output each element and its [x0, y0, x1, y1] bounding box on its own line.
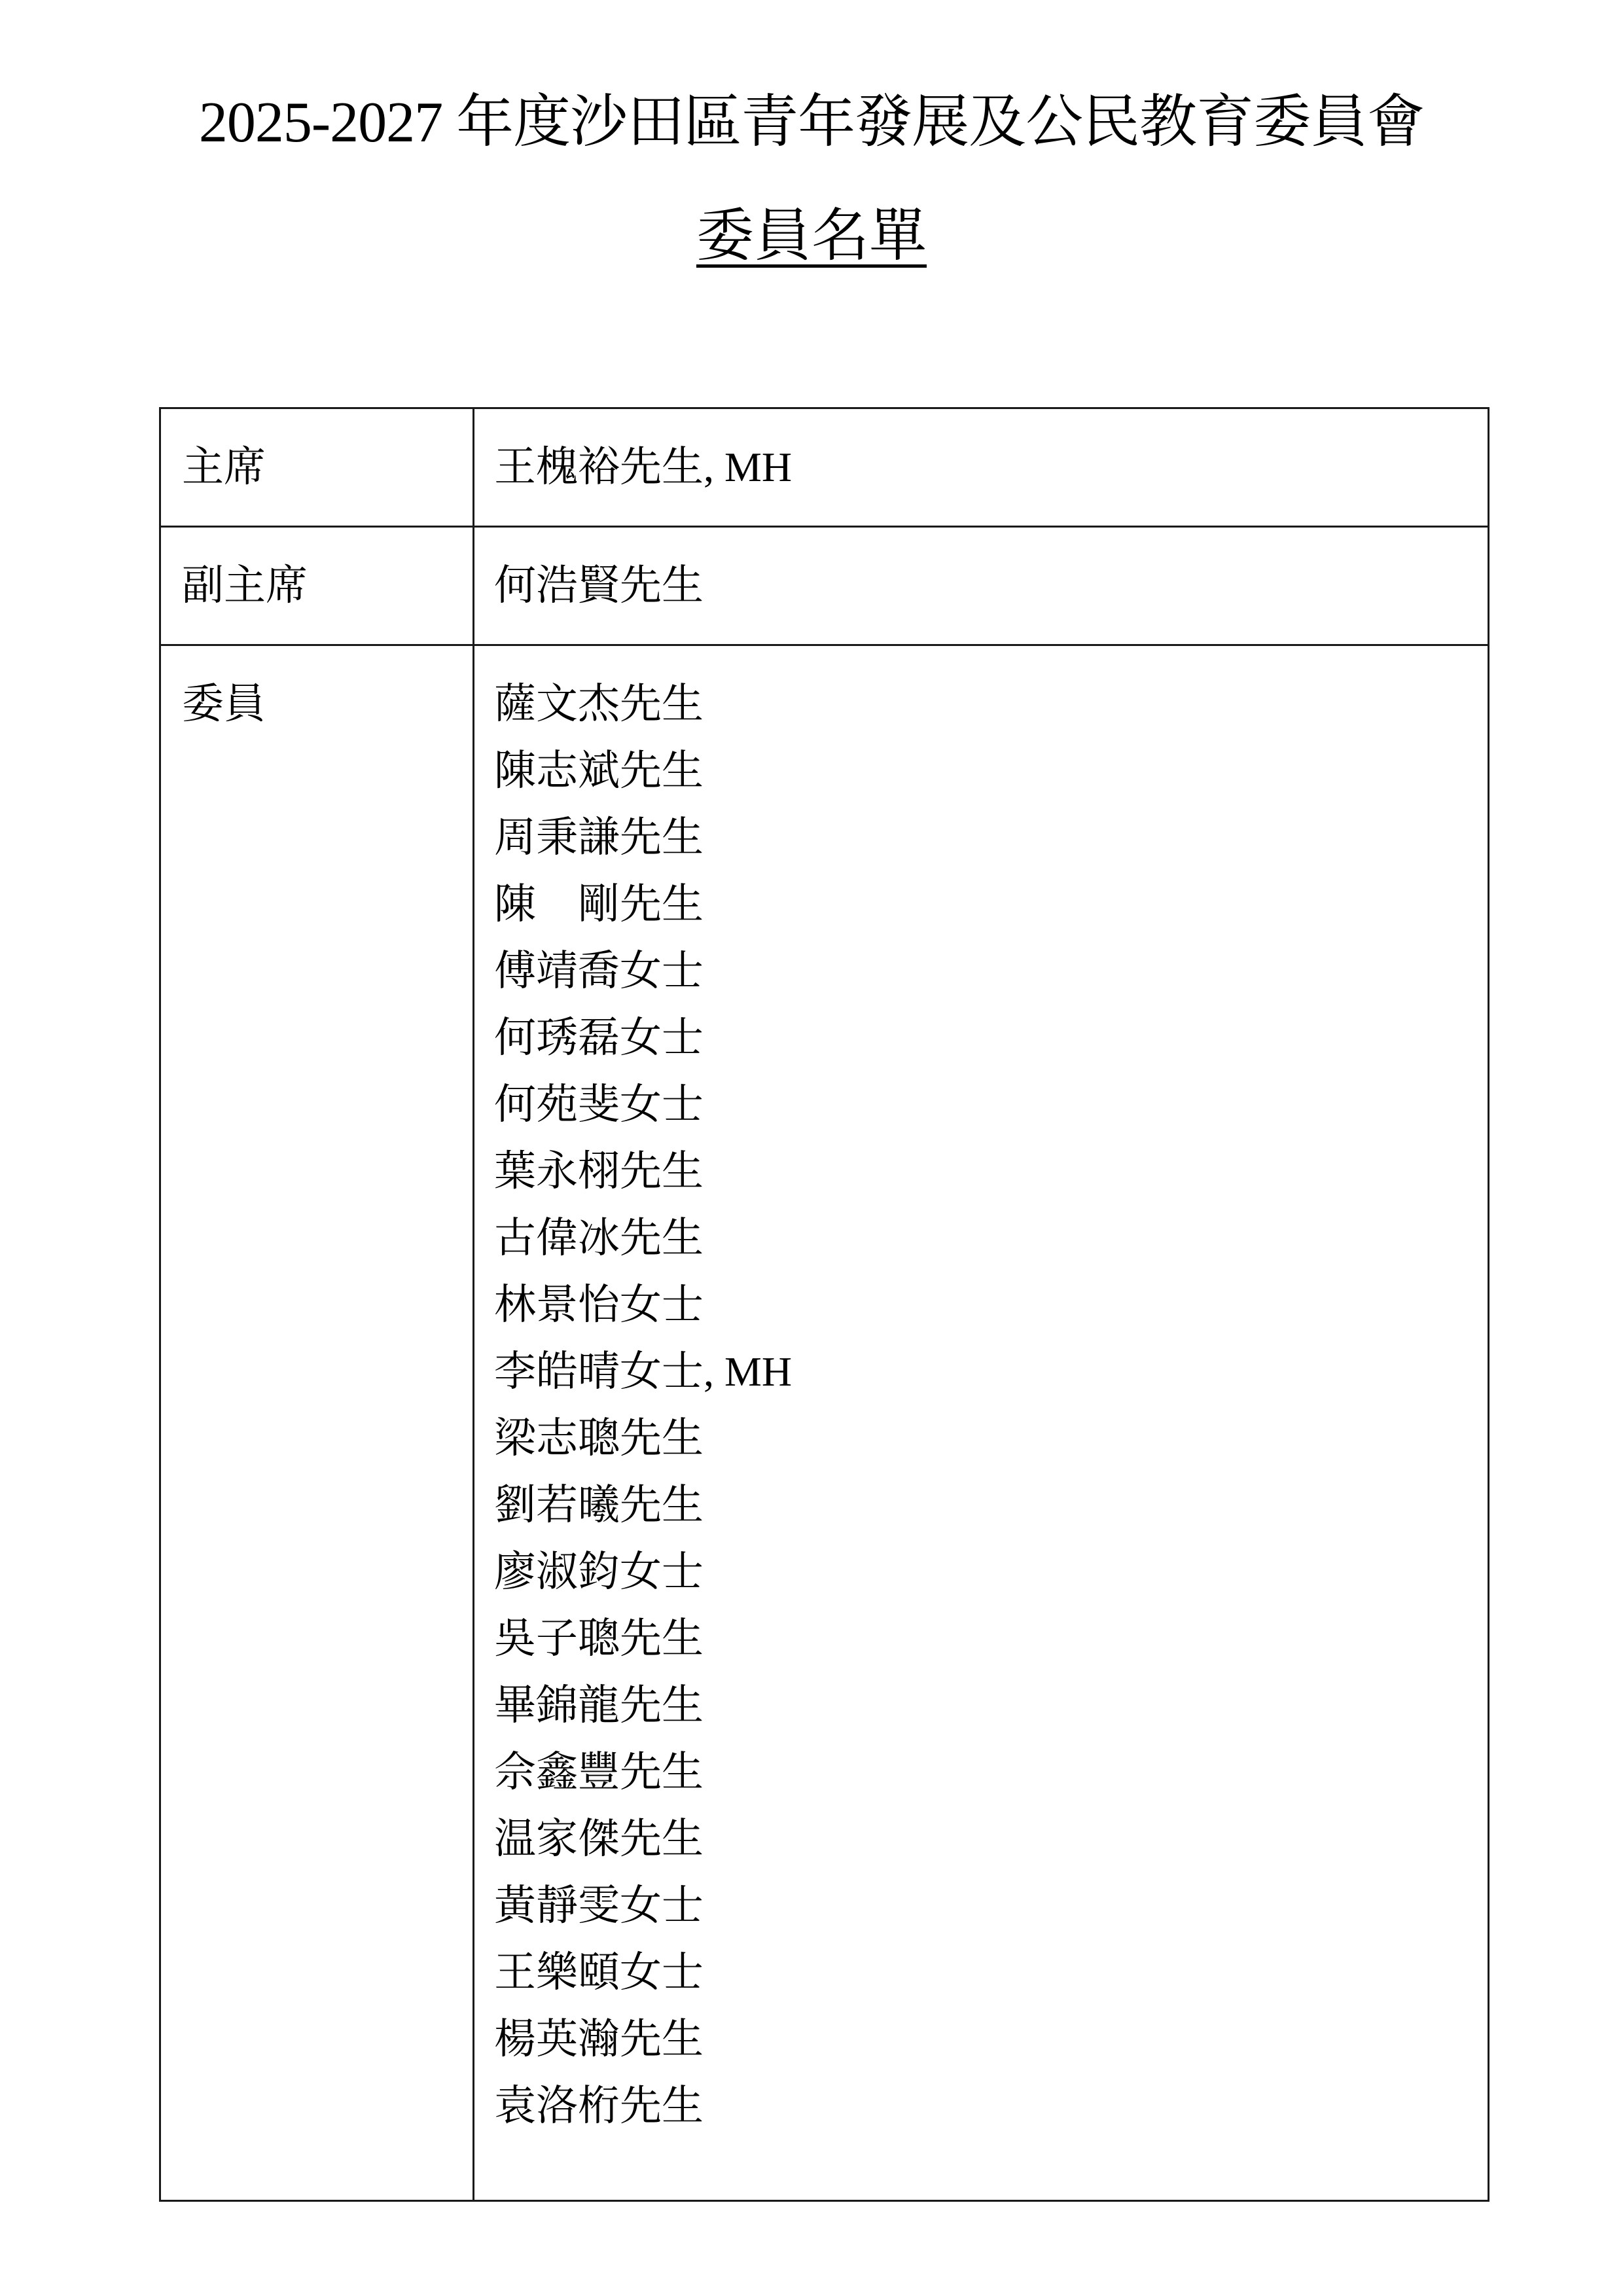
- member-name: 傅靖喬女士: [494, 938, 1488, 1005]
- member-roster-table: 主席 王槐裕先生, MH 副主席 何浩賢先生 委員 薩文杰先生 陳志斌先生 周: [159, 407, 1489, 2202]
- member-name: 薩文杰先生: [494, 671, 1488, 738]
- role-cell: 委員: [160, 645, 474, 2201]
- document-subtitle: 委員名單: [0, 198, 1623, 276]
- member-name: 梁志聰先生: [494, 1405, 1488, 1472]
- role-cell: 主席: [160, 408, 474, 527]
- member-name: 佘鑫豐先生: [494, 1739, 1488, 1806]
- name-cell: 王槐裕先生, MH: [474, 408, 1489, 527]
- member-name: 何浩賢先生: [474, 528, 1488, 619]
- member-name-list: 薩文杰先生 陳志斌先生 周秉謙先生 陳 剛先生 傅靖喬女士 何琇磊女士 何苑斐女…: [474, 646, 1488, 2200]
- role-label: 委員: [161, 646, 473, 798]
- member-name: 陳 剛先生: [494, 871, 1488, 938]
- member-name: 周秉謙先生: [494, 804, 1488, 871]
- member-name: 王槐裕先生, MH: [474, 409, 1488, 501]
- member-name: 林景怡女士: [494, 1272, 1488, 1338]
- table-row-members: 委員 薩文杰先生 陳志斌先生 周秉謙先生 陳 剛先生 傅靖喬女士 何琇磊女士 何…: [160, 645, 1489, 2201]
- member-name: 葉永栩先生: [494, 1138, 1488, 1205]
- member-name: 温家傑先生: [494, 1806, 1488, 1873]
- member-name: 吳子聰先生: [494, 1605, 1488, 1672]
- member-name: 畢錦龍先生: [494, 1672, 1488, 1739]
- member-name: 黃靜雯女士: [494, 1873, 1488, 1939]
- subtitle-text: 委員名單: [696, 205, 927, 268]
- member-name: 袁洛桁先生: [494, 2073, 1488, 2140]
- table-row-chairman: 主席 王槐裕先生, MH: [160, 408, 1489, 527]
- member-name: 李皓晴女士, MH: [494, 1338, 1488, 1405]
- member-name: 何琇磊女士: [494, 1005, 1488, 1071]
- member-name: 廖淑鈞女士: [494, 1539, 1488, 1605]
- member-name: 王樂頤女士: [494, 1939, 1488, 2006]
- role-label: 主席: [161, 409, 473, 501]
- name-cell: 薩文杰先生 陳志斌先生 周秉謙先生 陳 剛先生 傅靖喬女士 何琇磊女士 何苑斐女…: [474, 645, 1489, 2201]
- member-name: 劉若曦先生: [494, 1472, 1488, 1539]
- role-label: 副主席: [161, 528, 473, 619]
- document-title: 2025-2027 年度沙田區青年發展及公民教育委員會: [0, 84, 1623, 162]
- member-name: 何苑斐女士: [494, 1071, 1488, 1138]
- member-name: 陳志斌先生: [494, 738, 1488, 804]
- member-name: 楊英瀚先生: [494, 2006, 1488, 2073]
- name-cell: 何浩賢先生: [474, 527, 1489, 645]
- member-name: 古偉冰先生: [494, 1205, 1488, 1272]
- role-cell: 副主席: [160, 527, 474, 645]
- table-row-vice-chairman: 副主席 何浩賢先生: [160, 527, 1489, 645]
